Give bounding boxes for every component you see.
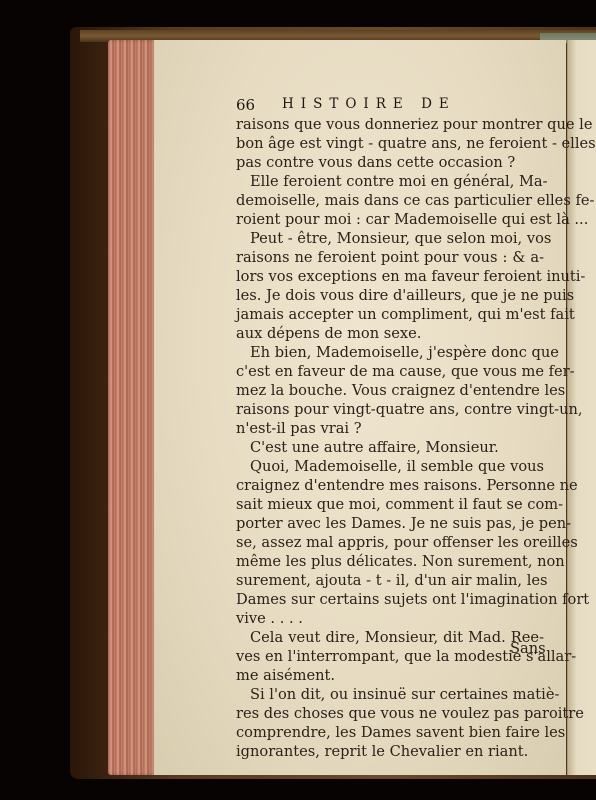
text-line: Peut - être, Monsieur, que selon moi, vo… xyxy=(236,229,544,248)
paragraph: C'est une autre affaire, Monsieur. xyxy=(236,438,544,457)
text-line: les. Je dois vous dire d'ailleurs, que j… xyxy=(236,286,544,305)
text-line: surement, ajouta - t - il, d'un air mali… xyxy=(236,571,544,590)
paragraph: Eh bien, Mademoiselle, j'espère donc que… xyxy=(236,343,544,438)
text-line: bon âge est vingt - quatre ans, ne feroi… xyxy=(236,134,544,153)
text-line: ves en l'interrompant, que la modestie s… xyxy=(236,647,544,666)
text-line: mez la bouche. Vous craignez d'entendre … xyxy=(236,381,544,400)
paragraph: Elle feroient contre moi en général, Ma-… xyxy=(236,172,544,229)
text-line: Elle feroient contre moi en général, Ma- xyxy=(236,172,544,191)
text-line: Si l'on dit, ou insinuë sur certaines ma… xyxy=(236,685,544,704)
text-line: lors vos exceptions en ma faveur feroien… xyxy=(236,267,544,286)
text-line: Quoi, Mademoiselle, il semble que vous xyxy=(236,457,544,476)
paragraph: Peut - être, Monsieur, que selon moi, vo… xyxy=(236,229,544,343)
text-line: roient pour moi : car Mademoiselle qui e… xyxy=(236,210,544,229)
text-line: se, assez mal appris, pour offenser les … xyxy=(236,533,544,552)
paragraph: Si l'on dit, ou insinuë sur certaines ma… xyxy=(236,685,544,761)
text-line: n'est-il pas vrai ? xyxy=(236,419,544,438)
text-line: raisons que vous donneriez pour montrer … xyxy=(236,115,544,134)
text-line: jamais accepter un compliment, qui m'est… xyxy=(236,305,544,324)
text-line: demoiselle, mais dans ce cas particulier… xyxy=(236,191,544,210)
text-line: craignez d'entendre mes raisons. Personn… xyxy=(236,476,544,495)
paragraph: raisons que vous donneriez pour montrer … xyxy=(236,115,544,172)
text-line: pas contre vous dans cette occasion ? xyxy=(236,153,544,172)
text-line: Cela veut dire, Monsieur, dit Mad. Ree- xyxy=(236,628,544,647)
text-line: vive . . . . xyxy=(236,609,544,628)
text-line: C'est une autre affaire, Monsieur. xyxy=(236,438,544,457)
text-line: ignorantes, reprit le Chevalier en riant… xyxy=(236,742,544,761)
text-line: Dames sur certains sujets ont l'imaginat… xyxy=(236,590,544,609)
text-line: res des choses que vous ne voulez pas pa… xyxy=(236,704,544,723)
page-number: 66 xyxy=(236,96,255,114)
text-line: même les plus délicates. Non surement, n… xyxy=(236,552,544,571)
text-line: me aisément. xyxy=(236,666,544,685)
paragraph: Quoi, Mademoiselle, il semble que vouscr… xyxy=(236,457,544,628)
body-text: raisons que vous donneriez pour montrer … xyxy=(236,115,544,761)
red-page-edges xyxy=(108,40,156,775)
catchword: Sans xyxy=(510,640,546,657)
text-line: comprendre, les Dames savent bien faire … xyxy=(236,723,544,742)
page-header: 66 HISTOIRE DE xyxy=(236,96,546,115)
text-line: raisons ne feroient point pour vous : & … xyxy=(236,248,544,267)
paragraph: Cela veut dire, Monsieur, dit Mad. Ree-v… xyxy=(236,628,544,685)
text-line: aux dépens de mon sexe. xyxy=(236,324,544,343)
text-line: c'est en faveur de ma cause, que vous me… xyxy=(236,362,544,381)
text-line: porter avec les Dames. Je ne suis pas, j… xyxy=(236,514,544,533)
running-head: HISTOIRE DE xyxy=(282,96,456,112)
text-line: sait mieux que moi, comment il faut se c… xyxy=(236,495,544,514)
text-line: raisons pour vingt-quatre ans, contre vi… xyxy=(236,400,544,419)
text-line: Eh bien, Mademoiselle, j'espère donc que xyxy=(236,343,544,362)
